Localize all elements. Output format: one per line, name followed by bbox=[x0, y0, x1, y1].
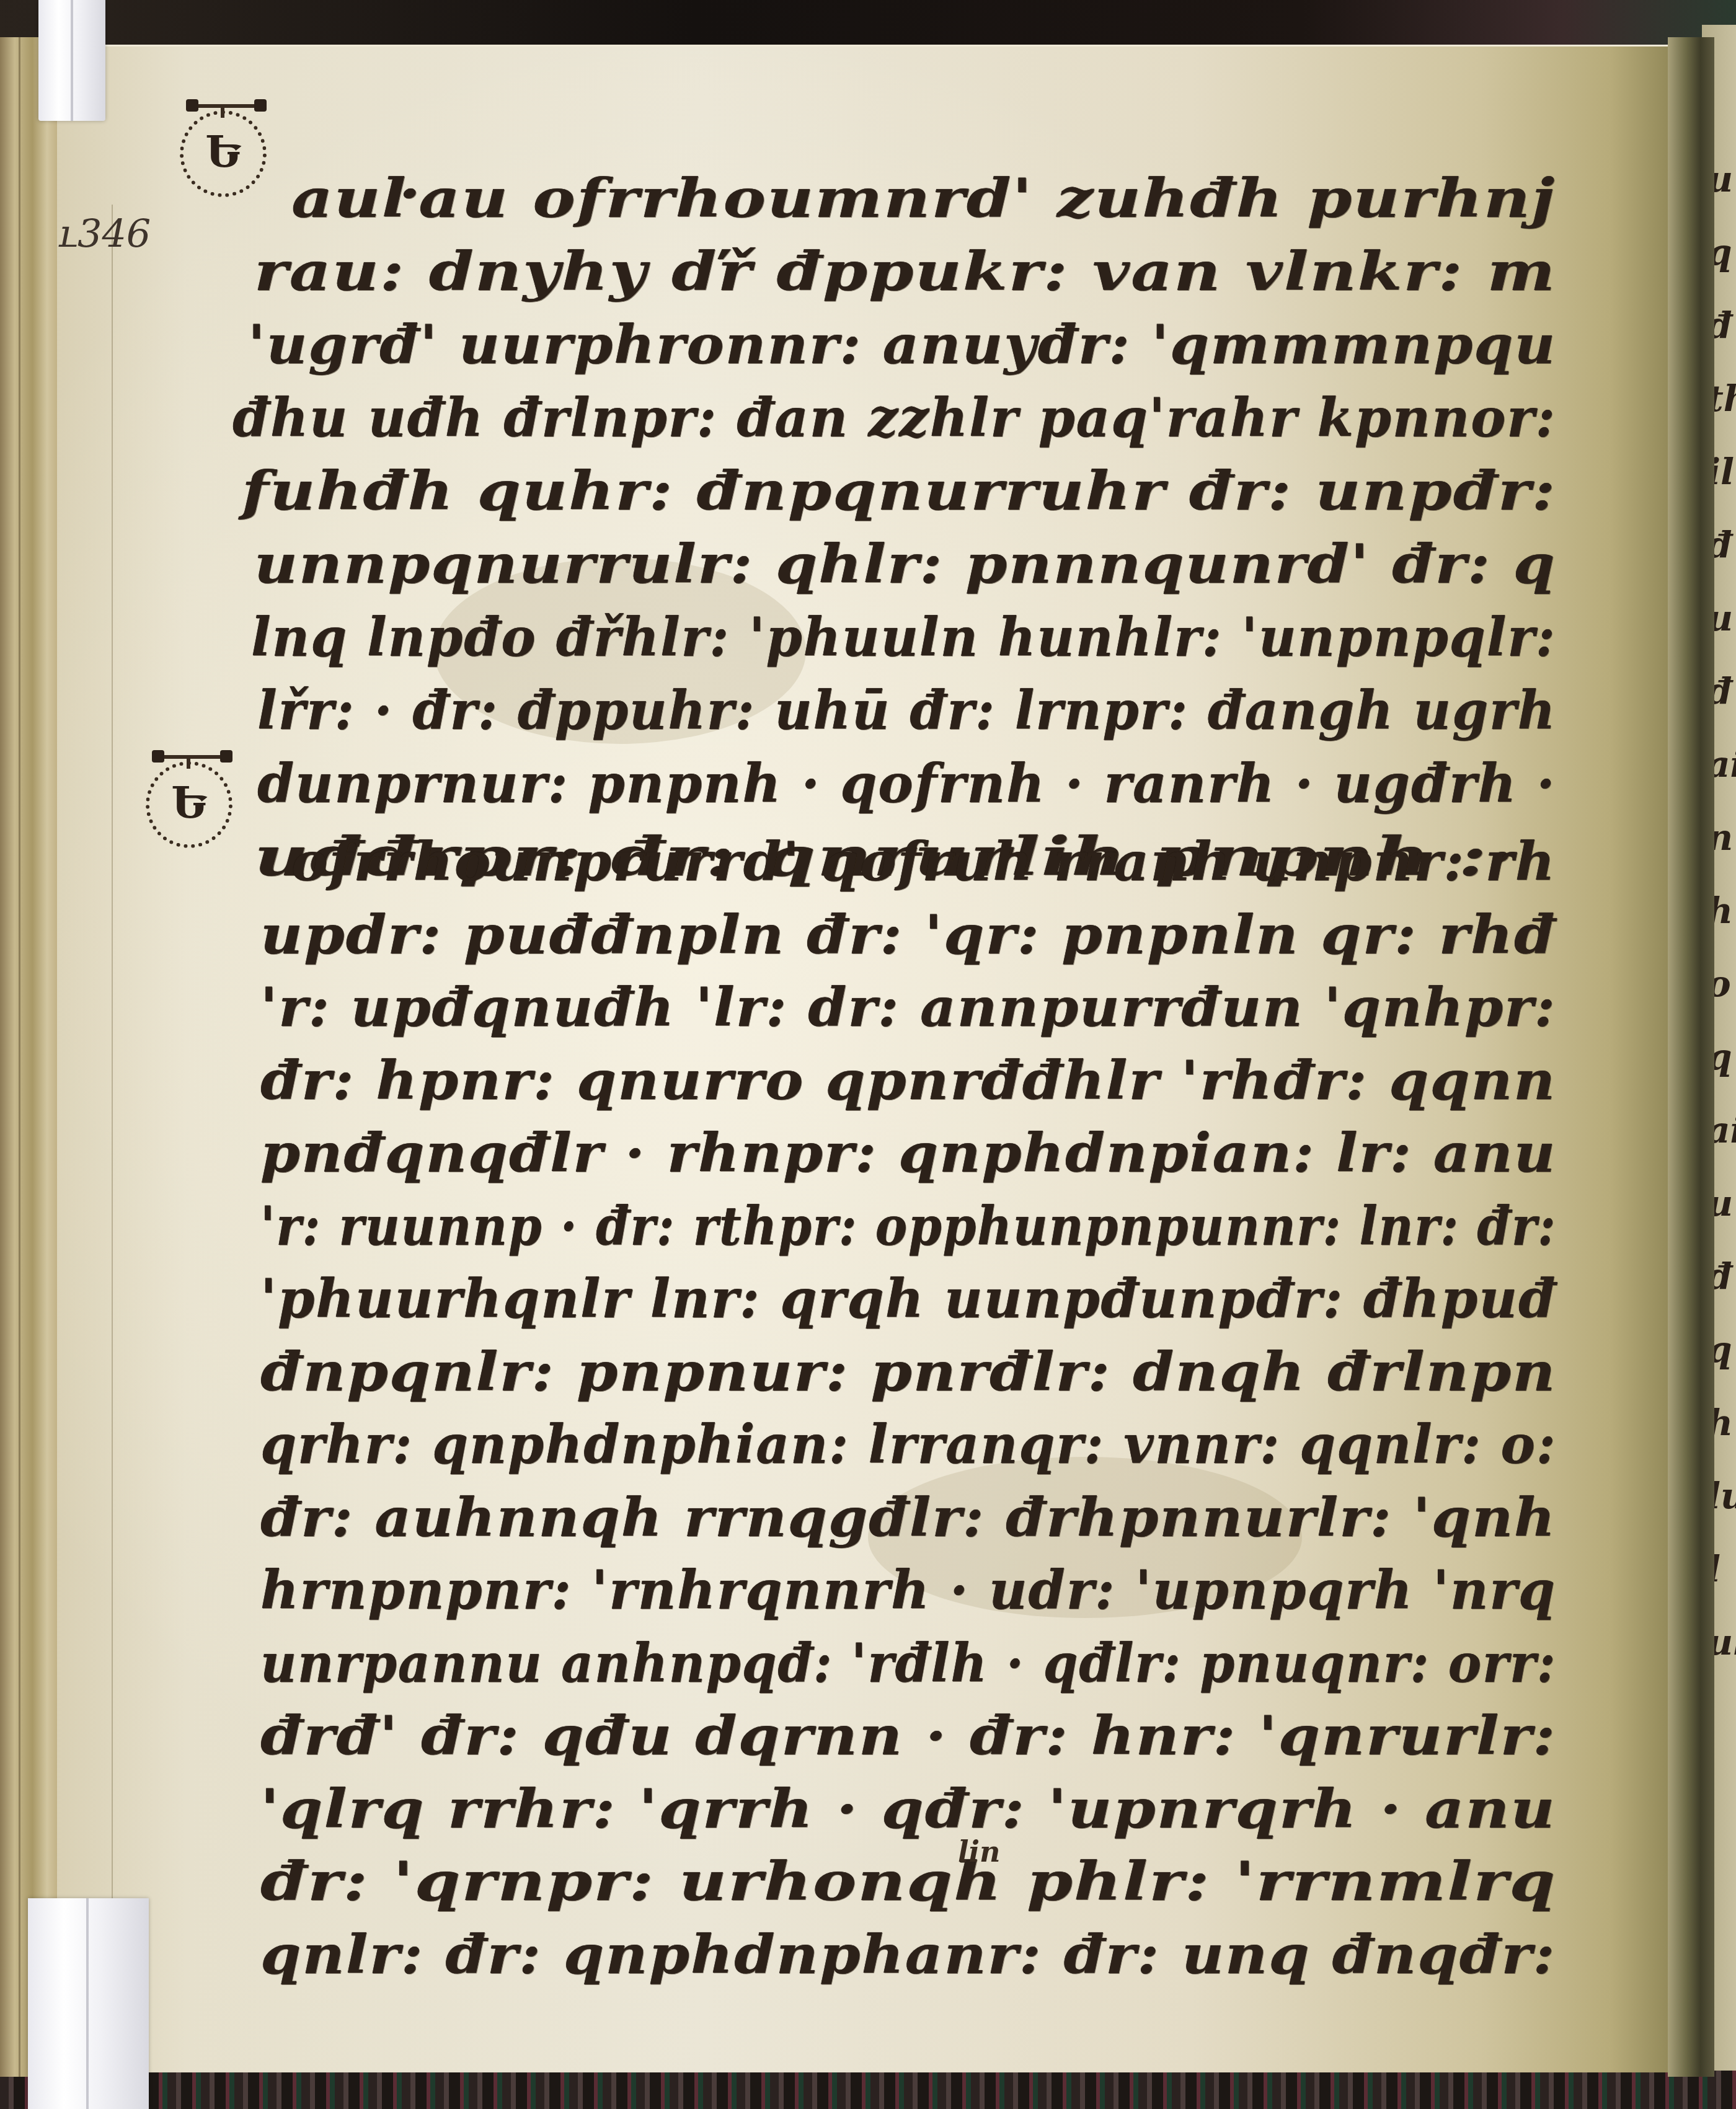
ruling-line bbox=[112, 205, 113, 2002]
page-clip-top bbox=[38, 0, 105, 121]
manuscript-line: đr: auhnnqh rrnqgđlr: đrhpnnurlr: 'qnh bbox=[260, 1487, 1556, 1549]
manuscript-line: pnđqnqđlr · rhnpr: qnphdnpian: lr: anu bbox=[260, 1122, 1556, 1185]
manuscript-line: 'r: ruunnp · đr: rthpr: opphunpnpunnr: l… bbox=[260, 1195, 1556, 1258]
manuscript-line: 'r: upđqnuđh 'lr: dr: annpurrđun 'qnhpr: bbox=[260, 976, 1556, 1039]
manuscript-line: đnpqnlr: pnpnur: pnrđlr: dnqh đrlnpn bbox=[260, 1341, 1556, 1404]
manuscript-line: qrhr: qnphdnphian: lrranqr: vnnr: qqnlr:… bbox=[260, 1413, 1556, 1476]
manuscript-line: unnpqnurrulr: qhlr: pnnnqunrd' đr: q bbox=[254, 533, 1556, 596]
manuscript-line: rau: dnyhy ďř đppukr: van vlnkr: m bbox=[254, 241, 1556, 303]
manuscript-line: dunprnur: pnpnh · qofrnh · ranrh · ugđrh… bbox=[257, 753, 1556, 815]
catchword: lin bbox=[958, 1835, 1000, 1868]
manuscript-line: auŀau ofrrhoumnrd' zuhđh purhnj bbox=[291, 167, 1556, 230]
manuscript-line: 'phuurhqnlr lnr: qrqh uunpđunpđr: đhpuđ bbox=[260, 1268, 1556, 1330]
manuscript-line: đhu uđh đrlnpr: đan zzhlr paq'rahr kpnno… bbox=[232, 387, 1556, 449]
manuscript-line: đrđ' đr: qđu dqrnn · đr: hnr: 'qnrurlr: bbox=[260, 1705, 1556, 1767]
manuscript-line: qnlr: đr: qnphdnphanr: đr: unq đnqđr: bbox=[260, 1924, 1556, 1986]
manuscript-line: unrpannu anhnpqđ: 'rđlh · qđlr: pnuqnr: … bbox=[260, 1632, 1556, 1695]
book-fore-edge bbox=[0, 37, 59, 2077]
manuscript-line: fuhđh quhr: đnpqnurruhr đr: unpđr: bbox=[242, 460, 1556, 523]
manuscript-line: 'qlrq rrhr: 'qrrh · qđr: 'upnrqrh · anu bbox=[260, 1778, 1556, 1841]
manuscript-line: lřr: · đr: đppuhr: uhū đr: lrnpr: đangh … bbox=[257, 679, 1556, 742]
manuscript-line: đr: 'qrnpr: urhonqh phlr: 'rrnmlrq bbox=[260, 1850, 1556, 1913]
manuscript-line: lnq lnpđo đřhlr: 'phuuln hunhlr: 'unpnpq… bbox=[251, 606, 1556, 669]
margin-annotation: ւ346 bbox=[59, 211, 151, 256]
initial-glyph: Ե bbox=[180, 118, 267, 186]
manuscript-line: ofrrhounprurrd' qofruh rranh unpnr: rh bbox=[291, 831, 1556, 893]
manuscript-line: đr: hpnr: qnurro qpnrđđhlr 'rhđr: qqnn bbox=[260, 1050, 1556, 1112]
initial-glyph: Ե bbox=[146, 769, 232, 837]
decorated-initial-1: Ե bbox=[180, 93, 273, 195]
decorated-initial-2: Ե bbox=[146, 744, 239, 846]
manuscript-line: hrnpnpnr: 'rnhrqnnrh · udr: 'upnpqrh 'nr… bbox=[260, 1559, 1556, 1622]
manuscript-line: updr: puđđnpln đr: 'qr: pnpnln qr: rhđ bbox=[260, 904, 1556, 966]
initial-bar bbox=[158, 755, 226, 759]
manuscript-line: 'ugrđ' uurphronnr: anuyđr: 'qmmmnpqu bbox=[248, 314, 1556, 376]
initial-bar bbox=[192, 104, 260, 108]
gutter-shadow bbox=[1668, 37, 1714, 2077]
page-clip-bottom bbox=[28, 1898, 149, 2109]
